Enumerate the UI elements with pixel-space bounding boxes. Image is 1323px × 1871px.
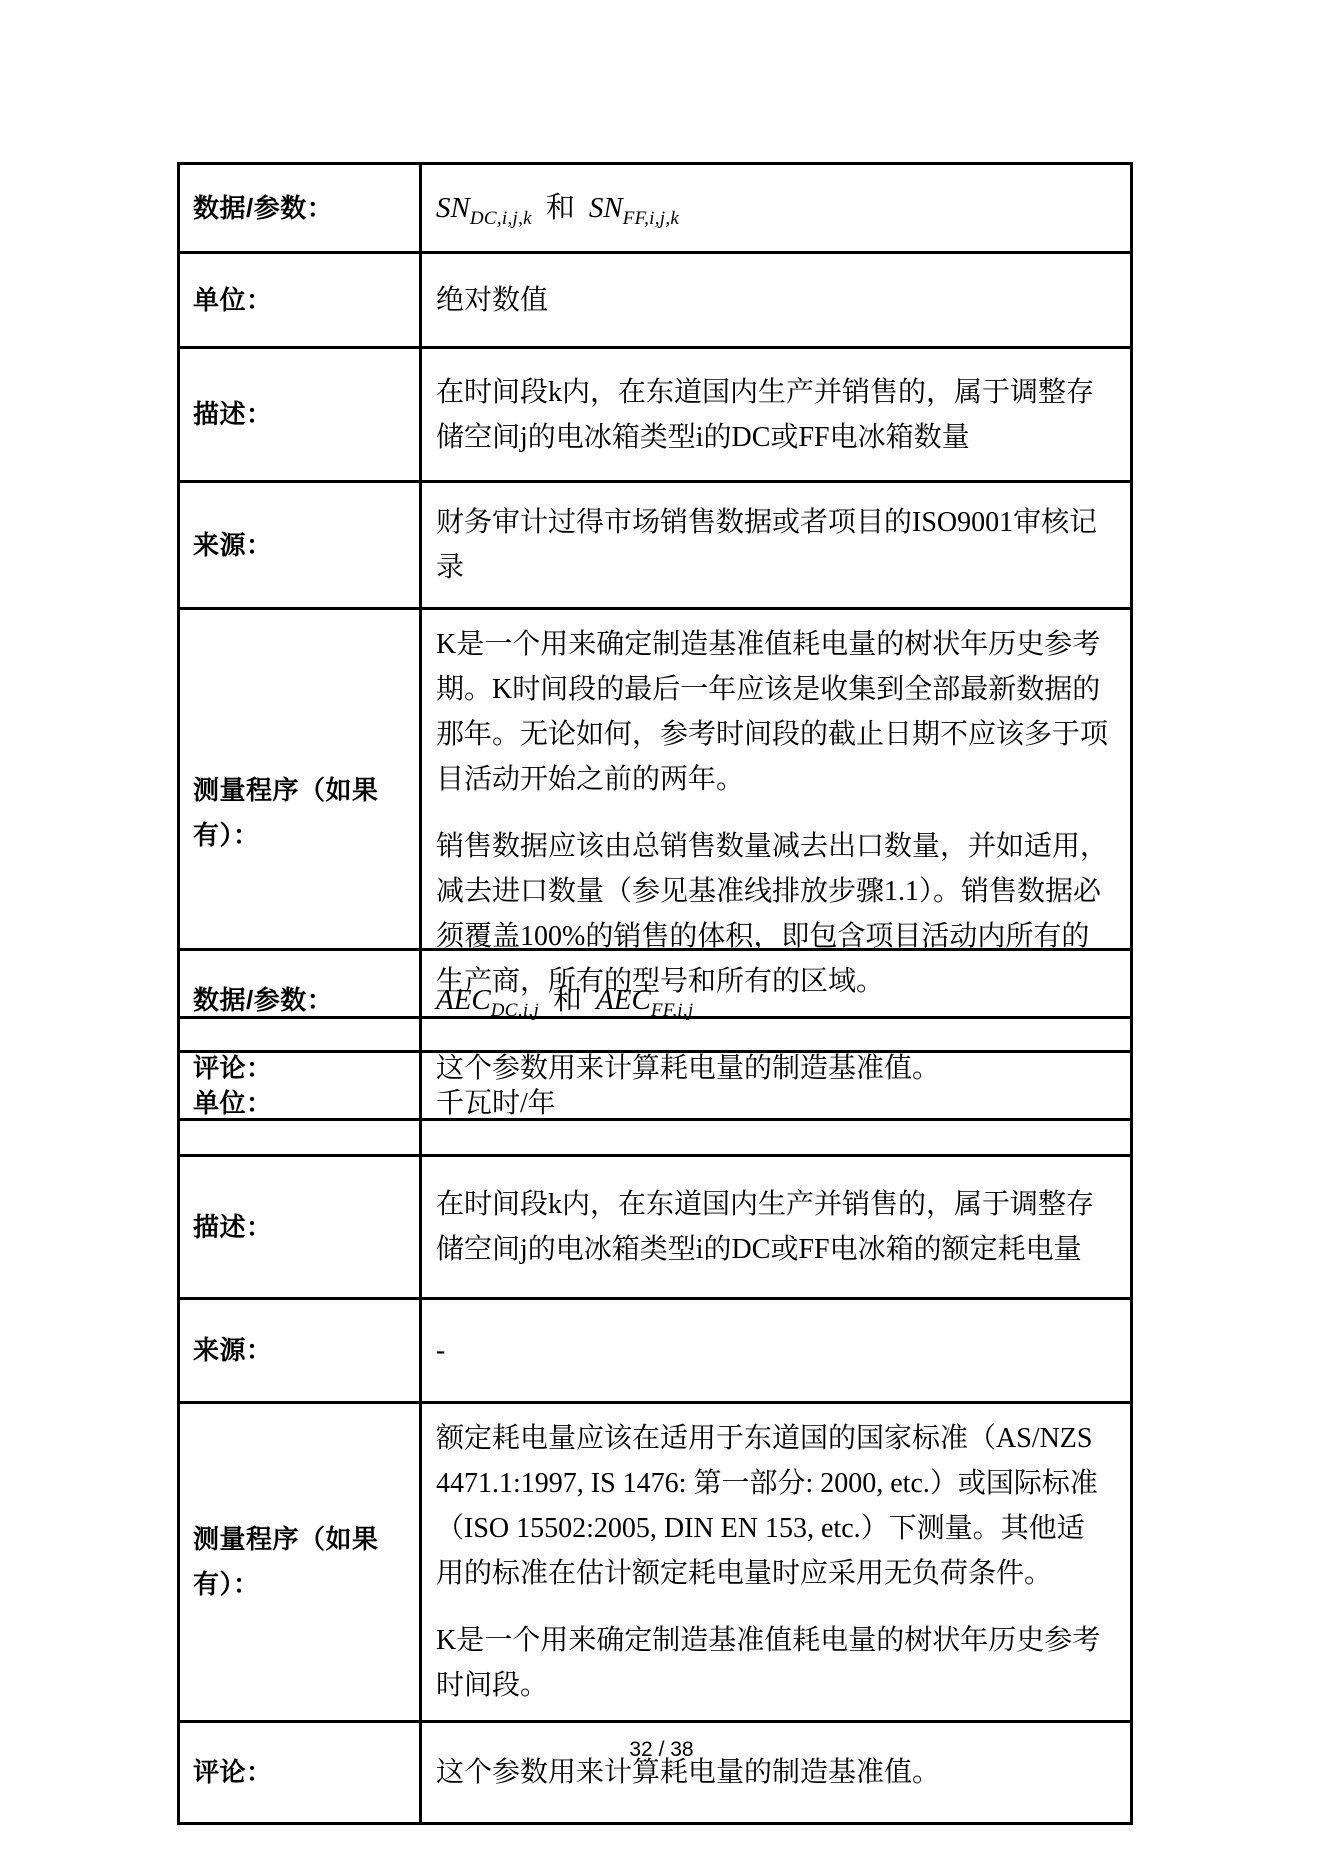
row-label: 数据/参数： bbox=[179, 950, 421, 1052]
source-value-cell: - bbox=[421, 1299, 1132, 1403]
parameter-value-cell: SNDC,i,j,k和SNFF,i,j,k bbox=[421, 164, 1132, 253]
cell-text: 财务审计过得市场销售数据或者项目的ISO9001审核记录 bbox=[436, 500, 1112, 590]
table-row-unit: 单位： 千瓦时/年 bbox=[179, 1052, 1132, 1156]
formula-base: SN bbox=[436, 192, 470, 224]
description-value-cell: 在时间段k内，在东道国内生产并销售的，属于调整存储空间j的电冰箱类型i的DC或F… bbox=[421, 1156, 1132, 1299]
table-row-source: 来源： 财务审计过得市场销售数据或者项目的ISO9001审核记录 bbox=[179, 482, 1132, 609]
cell-text: 在时间段k内，在东道国内生产并销售的，属于调整存储空间j的电冰箱类型i的DC或F… bbox=[436, 370, 1112, 460]
cell-text: 千瓦时/年 bbox=[436, 1081, 1112, 1126]
comment-value-cell: 这个参数用来计算耗电量的制造基准值。 bbox=[421, 1722, 1132, 1824]
cell-text: 在时间段k内，在东道国内生产并销售的，属于调整存储空间j的电冰箱类型i的DC或F… bbox=[436, 1182, 1112, 1272]
parameter-formula: SNDC,i,j,k和SNFF,i,j,k bbox=[436, 192, 679, 224]
row-label: 单位： bbox=[179, 1052, 421, 1156]
row-label: 数据/参数： bbox=[179, 164, 421, 253]
table-row-measurement-procedure: 测量程序（如果有）： 额定耗电量应该在适用于东道国的国家标准（AS/NZS 44… bbox=[179, 1403, 1132, 1722]
table-row-source: 来源： - bbox=[179, 1299, 1132, 1403]
cell-text: - bbox=[436, 1328, 1112, 1373]
conjunction-text: 和 bbox=[546, 192, 575, 224]
formula-base: SN bbox=[589, 192, 623, 224]
row-label: 描述： bbox=[179, 1156, 421, 1299]
row-label: 测量程序（如果有）： bbox=[179, 1403, 421, 1722]
row-label: 评论： bbox=[179, 1722, 421, 1824]
formula-subscript: FF,i,j,k bbox=[623, 208, 679, 229]
formula-base: AEC bbox=[596, 984, 651, 1016]
table-row-data-parameter: 数据/参数： AECDC,i,j和AECFF,i,j bbox=[179, 950, 1132, 1052]
formula-subscript: FF,i,j bbox=[651, 1000, 694, 1021]
row-label: 描述： bbox=[179, 348, 421, 482]
parameter-table-2: 数据/参数： AECDC,i,j和AECFF,i,j 单位： 千瓦时/年 描述：… bbox=[177, 948, 1133, 1825]
row-label: 来源： bbox=[179, 482, 421, 609]
conjunction-text: 和 bbox=[553, 984, 582, 1016]
parameter-formula: AECDC,i,j和AECFF,i,j bbox=[436, 984, 693, 1016]
formula-subscript: DC,i,j bbox=[491, 1000, 539, 1021]
formula-base: AEC bbox=[436, 984, 491, 1016]
document-page: 数据/参数： SNDC,i,j,k和SNFF,i,j,k 单位： 绝对数值 描述… bbox=[0, 0, 1323, 1871]
source-value-cell: 财务审计过得市场销售数据或者项目的ISO9001审核记录 bbox=[421, 482, 1132, 609]
unit-value-cell: 绝对数值 bbox=[421, 253, 1132, 348]
unit-value-cell: 千瓦时/年 bbox=[421, 1052, 1132, 1156]
page-number: 32 / 38 bbox=[0, 1738, 1323, 1762]
table-row-description: 描述： 在时间段k内，在东道国内生产并销售的，属于调整存储空间j的电冰箱类型i的… bbox=[179, 1156, 1132, 1299]
table-row-comment: 评论： 这个参数用来计算耗电量的制造基准值。 bbox=[179, 1722, 1132, 1824]
measurement-value-cell: 额定耗电量应该在适用于东道国的国家标准（AS/NZS 4471.1:1997, … bbox=[421, 1403, 1132, 1722]
table-row-unit: 单位： 绝对数值 bbox=[179, 253, 1132, 348]
formula-subscript: DC,i,j,k bbox=[470, 208, 532, 229]
table-row-data-parameter: 数据/参数： SNDC,i,j,k和SNFF,i,j,k bbox=[179, 164, 1132, 253]
cell-text: K是一个用来确定制造基准值耗电量的树状年历史参考期。K时间段的最后一年应该是收集… bbox=[436, 622, 1112, 802]
table-row-description: 描述： 在时间段k内，在东道国内生产并销售的，属于调整存储空间j的电冰箱类型i的… bbox=[179, 348, 1132, 482]
cell-text: K是一个用来确定制造基准值耗电量的树状年历史参考时间段。 bbox=[436, 1618, 1112, 1708]
cell-text: 额定耗电量应该在适用于东道国的国家标准（AS/NZS 4471.1:1997, … bbox=[436, 1416, 1112, 1596]
row-label: 单位： bbox=[179, 253, 421, 348]
description-value-cell: 在时间段k内，在东道国内生产并销售的，属于调整存储空间j的电冰箱类型i的DC或F… bbox=[421, 348, 1132, 482]
parameter-value-cell: AECDC,i,j和AECFF,i,j bbox=[421, 950, 1132, 1052]
cell-text: 绝对数值 bbox=[436, 278, 1112, 323]
row-label: 来源： bbox=[179, 1299, 421, 1403]
